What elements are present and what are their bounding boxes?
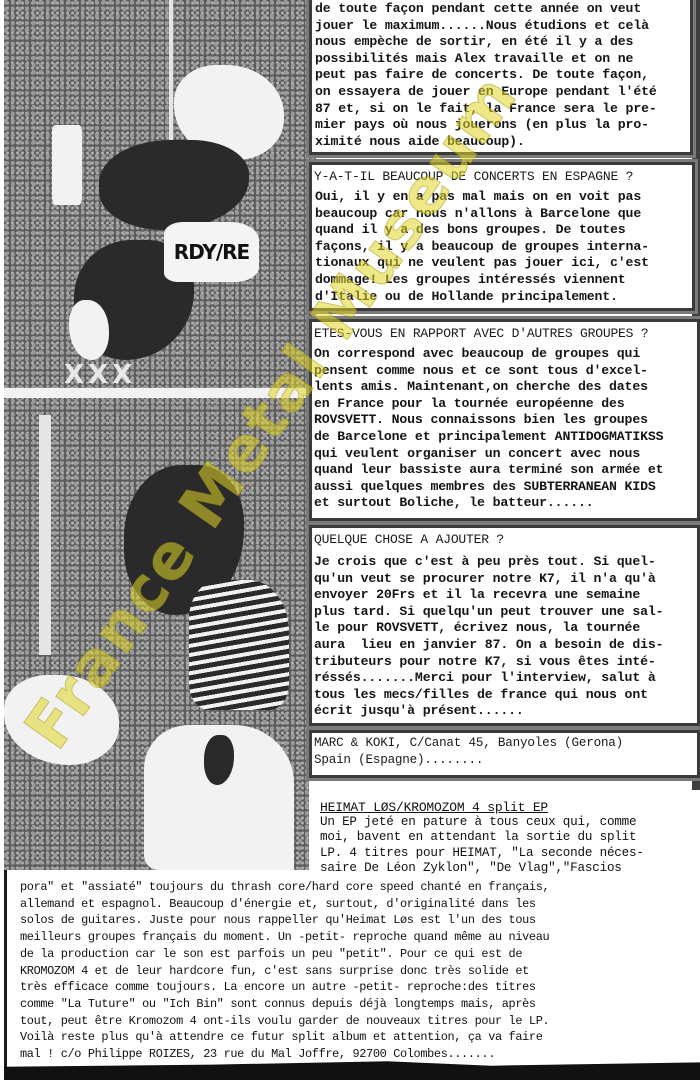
zine-page: RDY/RE XXX de toute façon pendant cette … <box>0 0 700 1080</box>
interview-answer: Oui, il y en a pas mal mais on en voit p… <box>312 185 692 305</box>
photo-highlight <box>52 125 82 205</box>
photo-crosses: XXX <box>64 360 136 390</box>
photo-pole <box>39 415 51 655</box>
interview-answer: On correspond avec beaucoup de groupes q… <box>312 342 697 512</box>
shirt-logo-text: RDY/RE <box>174 240 249 264</box>
band-photo-drummer: RDY/RE XXX <box>4 0 316 410</box>
review-body-text: pora" et "assiaté" toujours du thrash co… <box>20 879 549 1063</box>
interview-question: Y-A-T-IL BEAUCOUP DE CONCERTS EN ESPAGNE… <box>312 165 692 185</box>
band-contact-patch: MARC & KOKI, C/Canat 45, Banyoles (Geron… <box>312 733 697 775</box>
interview-question: QUELQUE CHOSE A AJOUTER ? <box>312 528 697 548</box>
photo-highlight <box>4 675 119 765</box>
interview-question: ETES-VOUS EN RAPPORT AVEC D'AUTRES GROUP… <box>312 322 697 342</box>
photo-highlight <box>69 300 109 360</box>
striped-shirt <box>189 580 289 710</box>
photo-edge <box>4 388 316 398</box>
interview-section-1: Y-A-T-IL BEAUCOUP DE CONCERTS EN ESPAGNE… <box>312 165 692 308</box>
interview-intro-patch: de toute façon pendant cette année on ve… <box>312 0 690 152</box>
margin-rule <box>4 870 7 1080</box>
review-title: HEIMAT LØS/KROMOZOM 4 split EP <box>320 800 548 815</box>
interview-section-3: QUELQUE CHOSE A AJOUTER ? Je crois que c… <box>312 528 697 723</box>
interview-section-2: ETES-VOUS EN RAPPORT AVEC D'AUTRES GROUP… <box>312 322 697 518</box>
band-photo-guitarist <box>4 405 309 870</box>
photo-pole <box>169 0 173 140</box>
shirt-logo: RDY/RE <box>164 222 259 282</box>
interview-intro-text: de toute façon pendant cette année on ve… <box>312 0 690 150</box>
photo-shadow <box>99 140 249 230</box>
review-intro-text: Un EP jeté en pature à tous ceux qui, co… <box>320 815 644 877</box>
band-contact-address: MARC & KOKI, C/Canat 45, Banyoles (Geron… <box>312 733 697 769</box>
interview-answer: Je crois que c'est à peu près tout. Si q… <box>312 548 697 720</box>
